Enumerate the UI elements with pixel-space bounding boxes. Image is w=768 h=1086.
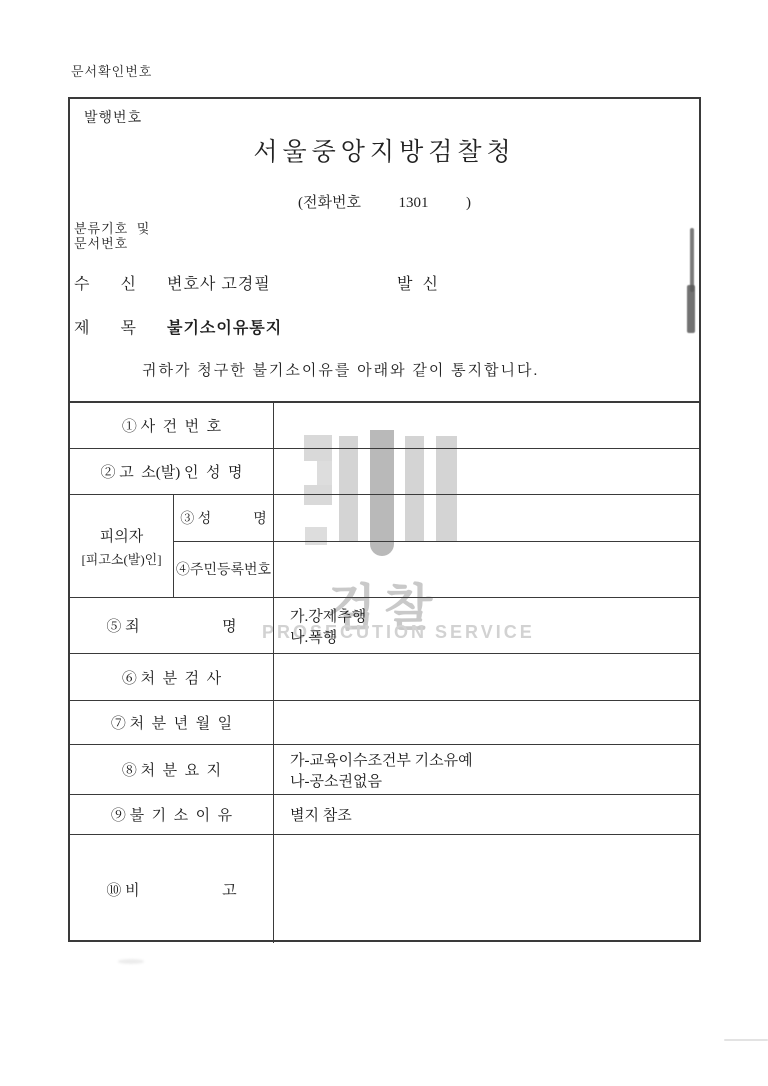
- disposition-summary-line1: 가-교육이수조건부 기소유예: [290, 749, 699, 770]
- table-row-crime-name: ⑤ 죄 명 가.강제추행 나.폭행: [70, 598, 699, 654]
- scan-artifact: [690, 228, 694, 292]
- notice-table: ① 사 건 번 호 ② 고 소(발) 인 성 명 피의자 [피고소(발)인] ③…: [70, 401, 699, 943]
- recipient-value: 변호사 고경필: [167, 271, 271, 294]
- phone-number-line: (전화번호 1301 ): [70, 191, 699, 212]
- case-number-value: [274, 403, 699, 448]
- table-row-suspect-group: 피의자 [피고소(발)인] ③ 성 명 ④주민등록번호: [70, 495, 699, 598]
- crime-name-line2: 나.폭행: [290, 626, 699, 647]
- nonprosecution-reason-label: ⑨ 불 기 소 이 유: [70, 795, 274, 834]
- suspect-group-label: 피의자 [피고소(발)인]: [70, 495, 174, 597]
- disposition-date-label: ⑦ 처 분 년 월 일: [70, 701, 274, 744]
- page-title: 서울중앙지방검찰청: [70, 132, 699, 168]
- table-row-remarks: ⑩ 비 고: [70, 835, 699, 943]
- remarks-value: [274, 835, 699, 943]
- document-frame: 발행번호 서울중앙지방검찰청 (전화번호 1301 ) 분류기호 및 문서번호 …: [68, 97, 701, 942]
- table-row-disposition-summary: ⑧ 처 분 요 지 가-교육이수조건부 기소유예 나-공소권없음: [70, 745, 699, 795]
- subject-label: 제 목: [74, 315, 137, 338]
- disposition-summary-label: ⑧ 처 분 요 지: [70, 745, 274, 794]
- disposition-summary-value: 가-교육이수조건부 기소유예 나-공소권없음: [274, 745, 699, 794]
- resident-number-label: ④주민등록번호: [174, 542, 274, 597]
- table-row-nonprosecution-reason: ⑨ 불 기 소 이 유 별지 참조: [70, 795, 699, 835]
- recipient-label: 수 신: [74, 271, 137, 294]
- case-number-label: ① 사 건 번 호: [70, 403, 274, 448]
- complainant-name-label: ② 고 소(발) 인 성 명: [70, 449, 274, 494]
- scan-artifact: [724, 1039, 768, 1041]
- table-row-case-number: ① 사 건 번 호: [70, 403, 699, 449]
- suspect-group-subrows: ③ 성 명 ④주민등록번호: [174, 495, 699, 597]
- suspect-name-value: [274, 495, 699, 541]
- crime-name-value: 가.강제추행 나.폭행: [274, 598, 699, 653]
- disposition-date-value: [274, 701, 699, 744]
- crime-name-line1: 가.강제추행: [290, 605, 699, 626]
- prosecutor-label: ⑥ 처 분 검 사: [70, 654, 274, 700]
- table-row-complainant-name: ② 고 소(발) 인 성 명: [70, 449, 699, 495]
- scan-artifact: [118, 959, 144, 964]
- resident-number-value: [274, 542, 699, 597]
- scan-artifact: [687, 285, 695, 333]
- crime-name-label: ⑤ 죄 명: [70, 598, 274, 653]
- document-verification-number-label: 문서확인번호: [71, 61, 152, 80]
- disposition-summary-line2: 나-공소권없음: [290, 770, 699, 791]
- classification-code-line1: 분류기호 및: [74, 221, 150, 236]
- table-row-suspect-name: ③ 성 명: [174, 495, 699, 542]
- prosecutor-value: [274, 654, 699, 700]
- subject-value: 불기소이유통지: [167, 315, 282, 338]
- suspect-label-line2: [피고소(발)인]: [81, 549, 161, 568]
- issue-number-label: 발행번호: [84, 107, 142, 127]
- suspect-label-line1: 피의자: [100, 525, 143, 546]
- complainant-name-value: [274, 449, 699, 494]
- suspect-name-label: ③ 성 명: [174, 495, 274, 541]
- classification-code-line2: 문서번호: [74, 236, 150, 251]
- table-row-disposition-date: ⑦ 처 분 년 월 일: [70, 701, 699, 745]
- intro-sentence: 귀하가 청구한 불기소이유를 아래와 같이 통지합니다.: [142, 359, 539, 380]
- table-row-prosecutor: ⑥ 처 분 검 사: [70, 654, 699, 701]
- sender-label: 발 신: [397, 271, 441, 294]
- table-row-resident-number: ④주민등록번호: [174, 542, 699, 597]
- classification-code-block: 분류기호 및 문서번호: [74, 221, 150, 251]
- remarks-label: ⑩ 비 고: [70, 835, 274, 943]
- nonprosecution-reason-value: 별지 참조: [274, 795, 699, 834]
